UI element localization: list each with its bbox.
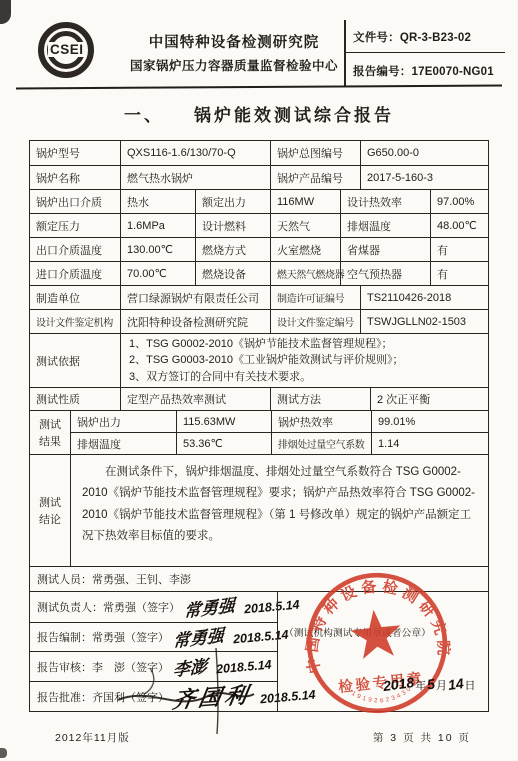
drawing-no-label: 锅炉总图编号 <box>270 141 360 165</box>
exhaust-label: 排烟温度 <box>71 433 176 454</box>
table-row: 进口介质温度 70.00℃ 燃烧设备 燃天然气燃烧器 空气预热器 有 <box>30 261 488 285</box>
comb-equip-value: 燃天然气燃烧器 <box>270 262 340 285</box>
license-label: 制造许可证编号 <box>270 286 360 309</box>
table-row: 额定压力 1.6MPa 设计燃料 天然气 排烟温度 48.00℃ <box>30 213 488 237</box>
stamp-date-year-unit: 年 <box>415 680 426 692</box>
table-row: 锅炉名称 燃气热水锅炉 锅炉产品编号 2017-5-160-3 <box>30 165 488 189</box>
page-title: 一、 锅炉能效测试综合报告 <box>0 101 518 126</box>
design-no-value: TSWJGLLN02-1503 <box>360 310 488 333</box>
comb-mode-label: 燃烧方式 <box>195 238 270 261</box>
signature-column: 测试负责人：常勇强（签字） 常勇强 2018.5.14 报告编制：常勇强（签字）… <box>30 592 277 711</box>
table-row: 锅炉出口介质 热水 额定出力 116MW 设计热效率 97.00% <box>30 189 488 213</box>
report-number-label: 报告编号： <box>353 66 412 78</box>
header-divider-horizontal <box>344 52 505 53</box>
inlet-temp-label: 进口介质温度 <box>30 262 120 285</box>
comb-equip-label: 燃烧设备 <box>195 262 270 285</box>
basis-line1: 1、TSG G0002-2010《锅炉节能技术监督管理规程》； <box>129 336 480 353</box>
sign-row-reviewer: 报告审核：李 澎（签字） 李澎 2018.5.14 <box>30 651 277 681</box>
report-number-value: 17E0070-NG01 <box>412 66 494 78</box>
inlet-temp-value: 70.00℃ <box>120 262 195 285</box>
method-label: 测试方法 <box>270 388 370 410</box>
stamp-date-month-unit: 月 <box>436 680 447 692</box>
table-row: 出口介质温度 130.00℃ 燃烧方式 火室燃烧 省煤器 有 <box>30 237 488 261</box>
sign-compiler-signature: 常勇强 <box>173 621 225 653</box>
sign-row-leader: 测试负责人：常勇强（签字） 常勇强 2018.5.14 <box>30 592 277 622</box>
rated-output-value: 116MW <box>270 190 340 213</box>
title-index: 一、 <box>124 101 164 126</box>
signoff-row: 测试负责人：常勇强（签字） 常勇强 2018.5.14 报告编制：常勇强（签字）… <box>30 591 488 711</box>
design-org-value: 沈阳特种设备检测研究院 <box>120 310 270 333</box>
stamp-date-month: 5 <box>426 676 436 693</box>
drawing-no-value: G650.00-0 <box>360 141 488 165</box>
outlet-medium-value: 热水 <box>120 190 195 213</box>
excess-air-label: 排烟处过量空气系数 <box>271 433 371 454</box>
nature-label: 测试性质 <box>30 388 120 410</box>
table-row: 锅炉型号 QXS116-1.6/130/70-Q 锅炉总图编号 G650.00-… <box>30 141 488 165</box>
output-label: 锅炉出力 <box>71 411 176 432</box>
sign-leader-signature: 常勇强 <box>184 591 236 623</box>
basis-line3: 3、双方签订的合同中有关技术要求。 <box>129 369 480 386</box>
results-subrow: 排烟温度 53.36℃ 排烟处过量空气系数 1.14 <box>71 432 488 454</box>
stamp-cell: （测试机构测试专用章或者公章） 中国特种设备检测研究院 检验专用章 191926… <box>277 592 488 711</box>
efficiency-label: 锅炉热效率 <box>271 411 371 432</box>
boiler-name-value: 燃气热水锅炉 <box>120 166 270 189</box>
conclusion-text: 在测试条件下，锅炉排烟温度、排烟处过量空气系数符合 TSG G0002-2010… <box>70 455 488 566</box>
stamp-date-day: 14 <box>447 675 465 693</box>
exhaust-design-label: 排烟温度 <box>340 214 430 237</box>
footer-page-number: 第 3 页 共 10 页 <box>373 730 471 745</box>
scan-artifact <box>0 0 11 24</box>
stamp-date-year: 2018 <box>382 674 415 694</box>
csei-logo: CSEI <box>38 22 94 78</box>
product-no-label: 锅炉产品编号 <box>270 166 360 189</box>
product-no-value: 2017-5-160-3 <box>360 166 488 189</box>
design-org-label: 设计文件鉴定机构 <box>30 310 120 333</box>
results-subrow: 锅炉出力 115.63MW 锅炉热效率 99.01% <box>71 411 488 432</box>
sign-reviewer-label: 报告审核：李 澎（签字） <box>37 659 169 675</box>
design-no-label: 设计文件鉴定编号 <box>270 310 360 333</box>
stamp-date: 2018年5月14日 <box>382 676 476 693</box>
comb-mode-value: 火室燃烧 <box>270 238 340 261</box>
nature-row: 测试性质 定型产品热效率测试 测试方法 2 次正平衡 <box>30 387 488 410</box>
conclusion-label-line2: 结论 <box>39 511 61 527</box>
outlet-temp-value: 130.00℃ <box>120 238 195 261</box>
pressure-label: 额定压力 <box>30 214 120 237</box>
stamp-star-icon <box>349 607 404 660</box>
file-number-value: QR-3-B23-02 <box>400 32 471 44</box>
maker-label: 制造单位 <box>30 286 120 309</box>
design-eff-value: 97.00% <box>430 190 488 213</box>
results-label-line2: 结果 <box>39 433 61 449</box>
outlet-medium-label: 锅炉出口介质 <box>30 190 120 213</box>
model-value: QXS116-1.6/130/70-Q <box>120 141 270 165</box>
sign-leader-label: 测试负责人：常勇强（签字） <box>37 599 180 615</box>
sign-approver-label: 报告批准：齐国利（签字） <box>37 689 169 705</box>
pressure-value: 1.6MPa <box>120 214 195 237</box>
efficiency-value: 99.01% <box>371 411 488 432</box>
sign-row-approver: 报告批准：齐国利（签字） 齐国利 2018.5.14 <box>30 681 277 711</box>
exhaust-value: 53.36℃ <box>176 433 271 454</box>
sign-reviewer-date: 2018.5.14 <box>215 657 272 676</box>
preheater-label: 空气预热器 <box>340 262 430 285</box>
basis-line2: 2、TSG G0003-2010《工业锅炉能效测试与评价规则》； <box>129 352 480 369</box>
conclusion-label: 测试 结论 <box>30 455 70 566</box>
rated-output-label: 额定出力 <box>195 190 270 213</box>
file-number-label: 文件号： <box>353 32 400 44</box>
outlet-temp-label: 出口介质温度 <box>30 238 120 261</box>
sign-reviewer-signature: 李澎 <box>172 652 207 681</box>
excess-air-value: 1.14 <box>371 433 488 454</box>
table-row: 设计文件鉴定机构 沈阳特种设备检测研究院 设计文件鉴定编号 TSWJGLLN02… <box>30 309 488 333</box>
model-label: 锅炉型号 <box>30 141 120 165</box>
results-row: 测试 结果 锅炉出力 115.63MW 锅炉热效率 99.01% 排烟温度 53… <box>30 410 488 454</box>
results-label-line1: 测试 <box>39 416 61 432</box>
table-row: 制造单位 营口绿源锅炉有限责任公司 制造许可证编号 TS2110426-2018 <box>30 285 488 309</box>
output-value: 115.63MW <box>176 411 271 432</box>
results-grid: 锅炉出力 115.63MW 锅炉热效率 99.01% 排烟温度 53.36℃ 排… <box>70 411 488 454</box>
basis-label: 测试依据 <box>30 334 120 387</box>
title-text: 锅炉能效测试综合报告 <box>194 101 394 126</box>
sign-compiler-label: 报告编制：常勇强（签字） <box>37 629 169 645</box>
inspection-stamp-icon: 中国特种设备检测研究院 检验专用章 19192623430 <box>297 563 457 723</box>
org-name-line2: 国家锅炉压力容器质量监督检验中心 <box>126 56 342 74</box>
preheater-value: 有 <box>430 262 488 285</box>
sign-approver-signature: 齐国利 <box>170 678 253 715</box>
footer-edition: 2012年11月版 <box>55 730 130 745</box>
maker-value: 营口绿源锅炉有限责任公司 <box>120 286 270 309</box>
economizer-label: 省煤器 <box>340 238 430 261</box>
conclusion-label-line1: 测试 <box>39 494 61 510</box>
conclusion-row: 测试 结论 在测试条件下，锅炉排烟温度、排烟处过量空气系数符合 TSG G000… <box>30 454 488 566</box>
license-value: TS2110426-2018 <box>360 286 488 309</box>
stamp-date-day-unit: 日 <box>465 680 476 692</box>
scan-artifact <box>0 748 7 758</box>
exhaust-design-value: 48.00℃ <box>430 214 488 237</box>
report-table: 锅炉型号 QXS116-1.6/130/70-Q 锅炉总图编号 G650.00-… <box>29 140 489 712</box>
economizer-value: 有 <box>430 238 488 261</box>
nature-value: 定型产品热效率测试 <box>120 388 270 410</box>
design-eff-label: 设计热效率 <box>340 190 430 213</box>
header-rule <box>16 85 502 90</box>
csei-logo-text: CSEI <box>48 42 86 57</box>
fuel-value: 天然气 <box>270 214 340 237</box>
report-page: CSEI 中国特种设备检测研究院 国家锅炉压力容器质量监督检验中心 文件号：QR… <box>0 0 518 761</box>
fuel-label: 设计燃料 <box>195 214 270 237</box>
boiler-name-label: 锅炉名称 <box>30 166 120 189</box>
results-label: 测试 结果 <box>30 411 70 454</box>
org-name-line1: 中国特种设备检测研究院 <box>126 31 342 52</box>
method-value: 2 次正平衡 <box>370 388 488 410</box>
basis-content: 1、TSG G0002-2010《锅炉节能技术监督管理规程》； 2、TSG G0… <box>120 334 488 387</box>
org-names: 中国特种设备检测研究院 国家锅炉压力容器质量监督检验中心 <box>126 31 342 74</box>
report-number: 报告编号：17E0070-NG01 <box>353 63 494 79</box>
basis-row: 测试依据 1、TSG G0002-2010《锅炉节能技术监督管理规程》； 2、T… <box>30 333 488 387</box>
file-number: 文件号：QR-3-B23-02 <box>353 29 471 45</box>
sign-row-compiler: 报告编制：常勇强（签字） 常勇强 2018.5.14 <box>30 622 277 652</box>
